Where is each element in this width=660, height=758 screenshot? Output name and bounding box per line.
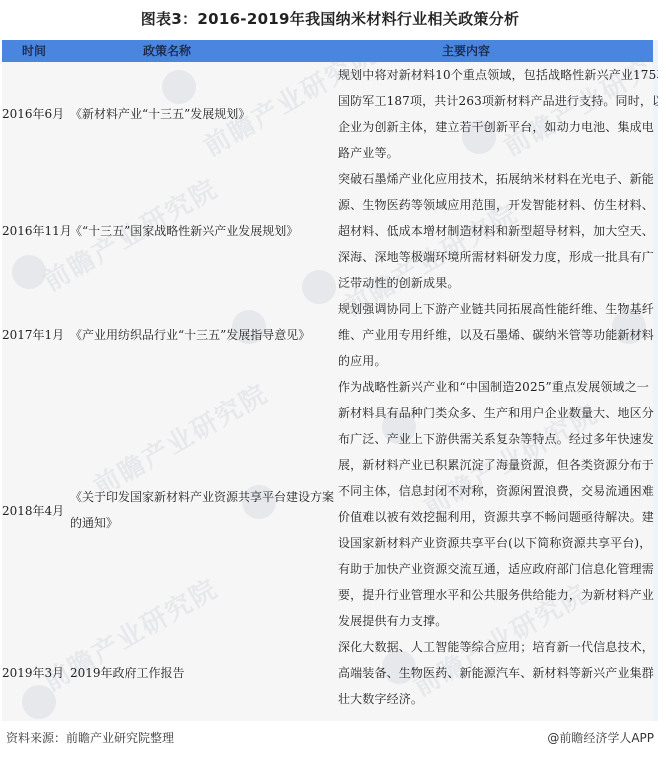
row-policy-name: 《“十三五”国家战略性新兴产业发展规划》 bbox=[70, 218, 340, 244]
table-header: 时间 政策名称 主要内容 bbox=[2, 40, 654, 62]
content-line: 规划中将对新材料10个重点领域，包括战略性新兴产业175项 bbox=[338, 62, 650, 88]
credit-note: @前瞻经济学人APP bbox=[547, 729, 654, 747]
content-line: 突破石墨烯产业化应用技术，拓展纳米材料在光电子、新能 bbox=[338, 166, 650, 192]
content-line: 作为战略性新兴产业和“中国制造2025”重点发展领域之一 bbox=[338, 374, 650, 400]
table-row: 2016年11月 《“十三五”国家战略性新兴产业发展规划》 突破石墨烯产业化应用… bbox=[2, 166, 652, 296]
policy-name-line: 的通知》 bbox=[70, 510, 340, 536]
content-line: 企业为创新主体，建立若干创新平台，如动力电池、集成电 bbox=[338, 114, 650, 140]
content-line: 要，提升行业管理水平和公共服务供给能力，为新材料产业 bbox=[338, 582, 650, 608]
row-content: 突破石墨烯产业化应用技术，拓展纳米材料在光电子、新能 源、生物医药等领域应用范围… bbox=[338, 166, 650, 296]
content-line: 源、生物医药等领域应用范围，开发智能材料、仿生材料、 bbox=[338, 192, 650, 218]
content-line: 规划强调协同上下游产业链共同拓展高性能纤维、生物基纤 bbox=[338, 296, 650, 322]
row-time: 2018年4月 bbox=[2, 498, 64, 524]
row-policy-name: 2019年政府工作报告 bbox=[70, 660, 340, 686]
content-line: 不同主体，信息封闭不对称，资源闲置浪费，交易流通困难 bbox=[338, 478, 650, 504]
content-line: 设国家新材料产业资源共享平台(以下简称资源共享平台)， bbox=[338, 530, 650, 556]
content-line: 布广泛、产业上下游供需关系复杂等特点。经过多年快速发 bbox=[338, 426, 650, 452]
content-line: 的应用。 bbox=[338, 348, 650, 374]
row-content: 规划强调协同上下游产业链共同拓展高性能纤维、生物基纤 维、产业用专用纤维，以及石… bbox=[338, 296, 650, 374]
table-row: 2017年1月 《产业用纺织品行业“十三五”发展指导意见》 规划强调协同上下游产… bbox=[2, 296, 652, 374]
content-line: 泛带动性的创新成果。 bbox=[338, 270, 650, 296]
content-line: 深海、深地等极端环境所需材料研发力度，形成一批具有广 bbox=[338, 244, 650, 270]
content-line: 国防军工187项，共计263项新材料产品进行支持。同时，以 bbox=[338, 88, 650, 114]
table-row: 2019年3月 2019年政府工作报告 深化大数据、人工智能等综合应用；培育新一… bbox=[2, 634, 652, 721]
table-row: 2018年4月 《关于印发国家新材料产业资源共享平台建设方案 的通知》 作为战略… bbox=[2, 374, 652, 634]
right-edge-strip bbox=[653, 40, 658, 721]
row-content: 作为战略性新兴产业和“中国制造2025”重点发展领域之一 新材料具有品种门类众多… bbox=[338, 374, 650, 634]
table-row: 2016年6月 《新材料产业“十三五”发展规划》 规划中将对新材料10个重点领域… bbox=[2, 62, 652, 166]
row-content: 规划中将对新材料10个重点领域，包括战略性新兴产业175项 国防军工187项，共… bbox=[338, 62, 650, 166]
content-line: 维、产业用专用纤维，以及石墨烯、碳纳米管等功能新材料 bbox=[338, 322, 650, 348]
content-line: 展，新材料产业已积累沉淀了海量资源，但各类资源分布于 bbox=[338, 452, 650, 478]
row-policy-name: 《产业用纺织品行业“十三五”发展指导意见》 bbox=[70, 322, 340, 348]
column-header-policy-name: 政策名称 bbox=[143, 40, 191, 62]
row-time: 2017年1月 bbox=[2, 322, 64, 348]
policy-name-line: 《关于印发国家新材料产业资源共享平台建设方案 bbox=[70, 484, 340, 510]
row-time: 2019年3月 bbox=[2, 660, 64, 686]
content-line: 发展提供有力支撑。 bbox=[338, 608, 650, 634]
content-line: 新材料具有品种门类众多、生产和用户企业数量大、地区分 bbox=[338, 400, 650, 426]
content-line: 深化大数据、人工智能等综合应用；培育新一代信息技术， bbox=[338, 634, 650, 660]
column-header-content: 主要内容 bbox=[442, 40, 490, 62]
row-content: 深化大数据、人工智能等综合应用；培育新一代信息技术， 高端装备、生物医药、新能源… bbox=[338, 634, 650, 712]
column-header-time: 时间 bbox=[22, 40, 46, 62]
content-line: 超材料、低成本增材制造材料和新型超导材料，加大空天、 bbox=[338, 218, 650, 244]
content-line: 壮大数字经济。 bbox=[338, 686, 650, 712]
content-line: 路产业等。 bbox=[338, 140, 650, 166]
content-line: 有助于加快产业资源交流互通，适应政府部门信息化管理需 bbox=[338, 556, 650, 582]
policy-table: 前瞻产业研究院 前瞻产业研究院 前瞻产业研究院 前瞻产业研究院 前瞻产业研究院 … bbox=[2, 40, 658, 721]
row-policy-name: 《新材料产业“十三五”发展规划》 bbox=[70, 101, 340, 127]
content-line: 价值难以被有效挖掘利用，资源共享不畅问题亟待解决。建 bbox=[338, 504, 650, 530]
row-policy-name: 《关于印发国家新材料产业资源共享平台建设方案 的通知》 bbox=[70, 484, 340, 536]
source-note: 资料来源：前瞻产业研究院整理 bbox=[6, 729, 174, 747]
content-line: 高端装备、生物医药、新能源汽车、新材料等新兴产业集群 bbox=[338, 660, 650, 686]
row-time: 2016年11月 bbox=[2, 218, 72, 244]
chart-title: 图表3：2016-2019年我国纳米材料行业相关政策分析 bbox=[0, 6, 660, 32]
row-time: 2016年6月 bbox=[2, 101, 64, 127]
